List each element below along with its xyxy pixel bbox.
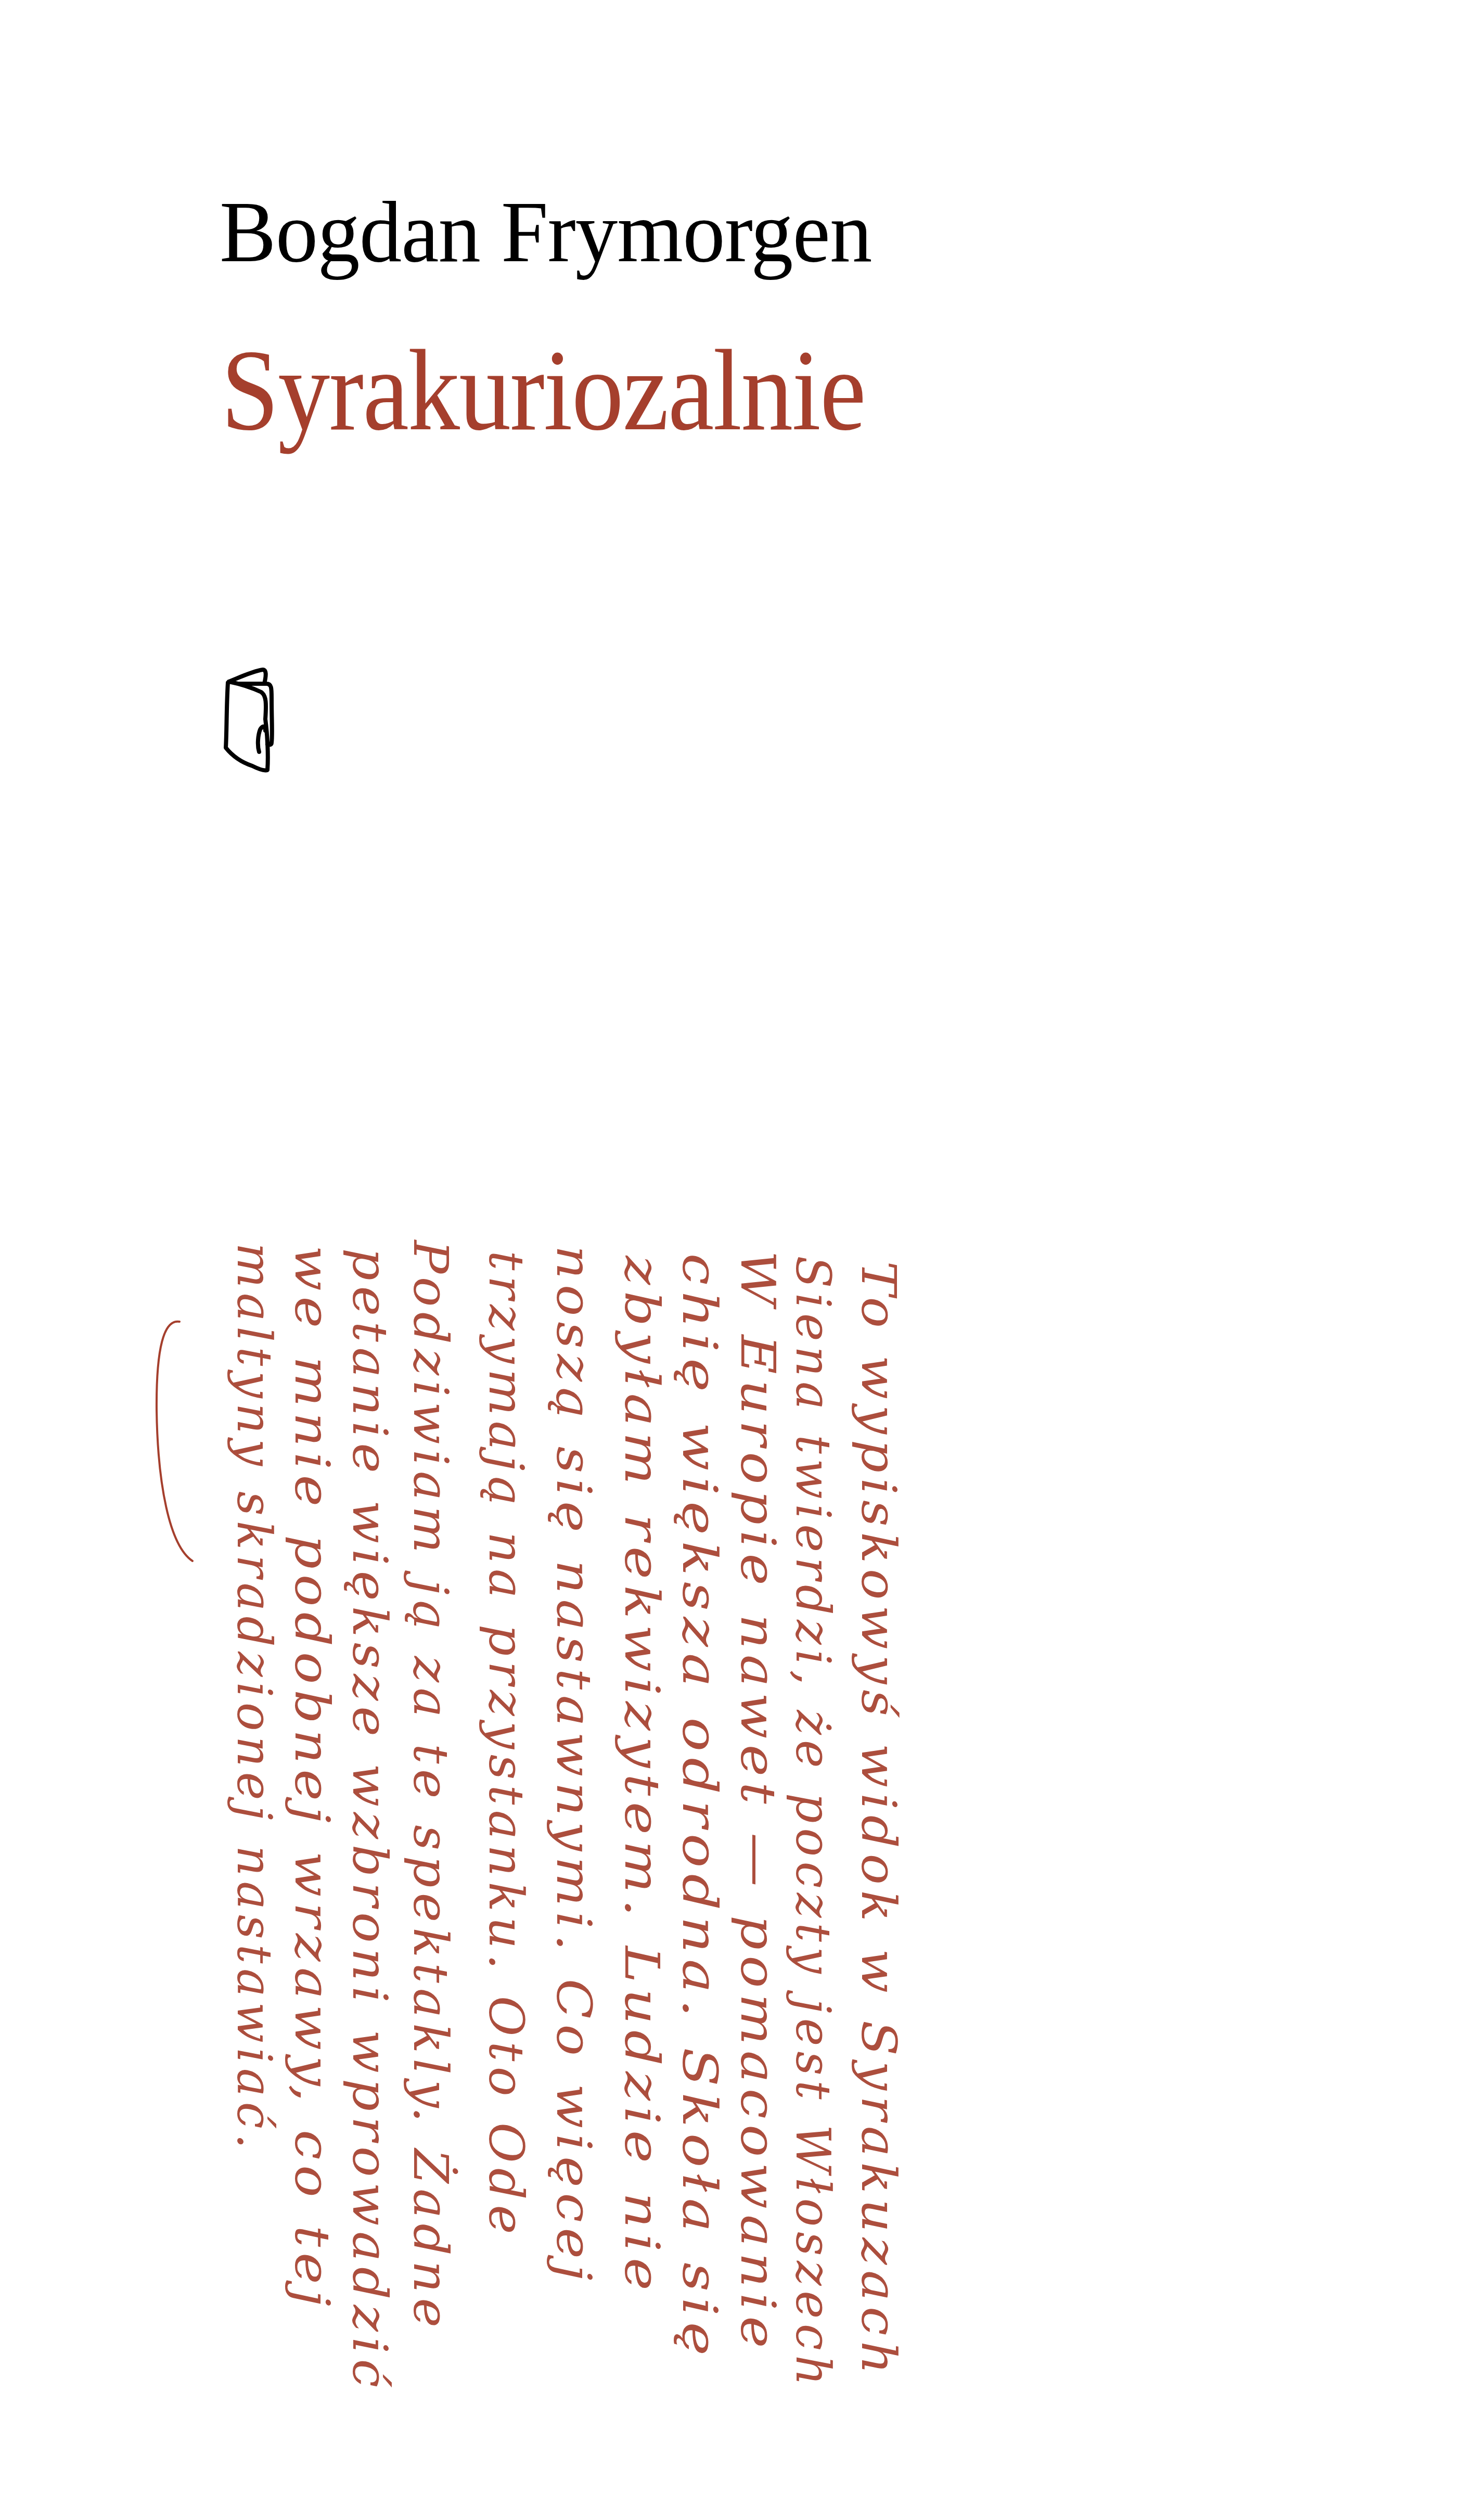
handwritten-manuscript: To wypiskowyś widok w SyrakuzachSiena tw… (148, 1212, 908, 2388)
author-name: Bogdan Frymorgen (220, 188, 871, 276)
manuscript-line-text: maltyny skradzionej nastawiać. (226, 1243, 282, 2154)
book-title: Syrakuriozalnie (221, 333, 865, 449)
manuscript-line-text: Siena twierdzi, że poczty jest Włoszech (785, 1256, 841, 2391)
manuscript-line-text: zbyłam rekwizytem. Ludzie nie (614, 1256, 670, 2297)
manuscript-line-text: noszą się nastawnymi. Co więcej (546, 1246, 601, 2286)
manuscript-line-text: Podziwiam ją za te spektakly. Żadne (403, 1240, 458, 2333)
manuscript-line-text: we mnie podobnej wrzawy, co tej (284, 1246, 340, 2312)
open-book-door-icon (224, 667, 276, 776)
manuscript-line-text: trzymają na przystanku. Oto Ode (478, 1251, 534, 2240)
manuscript-line-text: To wypiskowyś widok w Syrakuzach (851, 1261, 906, 2380)
book-cover: Bogdan Frymorgen Syrakuriozalnie To wypi… (0, 0, 1475, 2520)
manuscript-line-text: chię większa odrodna. Skoła się (672, 1253, 727, 2362)
manuscript-line: maltyny skradzionej nastawiać. (195, 1212, 258, 2388)
publisher-logo (224, 667, 276, 776)
manuscript-hook-icon (153, 1316, 200, 1566)
manuscript-line-text: petanie większe wzbroni wprowadzić (342, 1248, 397, 2393)
manuscript-line-text: W Europie nawet — pomacowanie (730, 1251, 786, 2354)
